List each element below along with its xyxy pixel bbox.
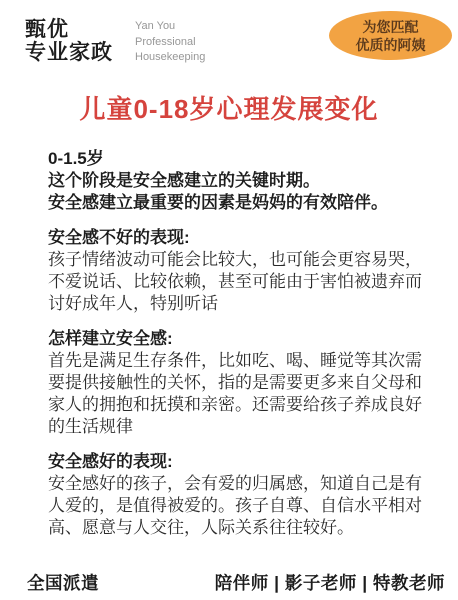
poster-page: 甄优 专业家政 Yan You Professional Housekeepin… <box>0 0 458 600</box>
poster-body: 0-1.5岁 这个阶段是安全感建立的关键时期。 安全感建立最重要的因素是妈妈的有… <box>0 148 458 539</box>
match-service-badge: 为您匹配 优质的阿姨 <box>329 11 452 60</box>
logo-english-name: Yan You Professional Housekeeping <box>135 19 205 66</box>
section-heading: 怎样建立安全感: <box>48 328 422 350</box>
section-body: 孩子情绪波动可能会比较大，也可能会更容易哭，不爱说话、比较依赖，甚至可能由于害怕… <box>48 249 422 315</box>
page-title: 儿童0-18岁心理发展变化 <box>0 92 458 126</box>
logo-cn-line2: 专业家政 <box>25 41 113 64</box>
badge-line2: 优质的阿姨 <box>356 36 426 54</box>
section-good-security-signs: 安全感好的表现: 安全感好的孩子，会有爱的归属感，知道自己是有人爱的，是值得被爱… <box>48 451 422 539</box>
section-heading: 安全感不好的表现: <box>48 227 422 249</box>
logo-en-line1: Yan You <box>135 19 205 35</box>
section-poor-security-signs: 安全感不好的表现: 孩子情绪波动可能会比较大，也可能会更容易哭，不爱说话、比较依… <box>48 227 422 315</box>
section-how-to-build-security: 怎样建立安全感: 首先是满足生存条件，比如吃、喝、睡觉等其次需要提供接触性的关怀… <box>48 328 422 438</box>
footer-left-dispatch: 全国派遣 <box>27 570 99 595</box>
section-line: 安全感建立最重要的因素是妈妈的有效陪伴。 <box>48 192 422 214</box>
logo-chinese-name: 甄优 专业家政 <box>25 18 113 64</box>
logo-en-line2: Professional <box>135 35 205 51</box>
header: 甄优 专业家政 Yan You Professional Housekeepin… <box>0 0 458 70</box>
section-body: 首先是满足生存条件，比如吃、喝、睡觉等其次需要提供接触性的关怀，指的是需要更多来… <box>48 350 422 438</box>
logo-en-line3: Housekeeping <box>135 50 205 66</box>
footer-right-roles: 陪伴师 | 影子老师 | 特教老师 <box>215 570 445 595</box>
section-line: 这个阶段是安全感建立的关键时期。 <box>48 170 422 192</box>
badge-line1: 为您匹配 <box>363 18 419 36</box>
section-heading: 安全感好的表现: <box>48 451 422 473</box>
logo-cn-line1: 甄优 <box>25 18 113 41</box>
footer: 全国派遣 陪伴师 | 影子老师 | 特教老师 <box>0 570 458 600</box>
section-heading: 0-1.5岁 <box>48 148 422 170</box>
section-age-0-1-5: 0-1.5岁 这个阶段是安全感建立的关键时期。 安全感建立最重要的因素是妈妈的有… <box>48 148 422 214</box>
section-body: 安全感好的孩子，会有爱的归属感，知道自己是有人爱的，是值得被爱的。孩子自尊、自信… <box>48 473 422 539</box>
